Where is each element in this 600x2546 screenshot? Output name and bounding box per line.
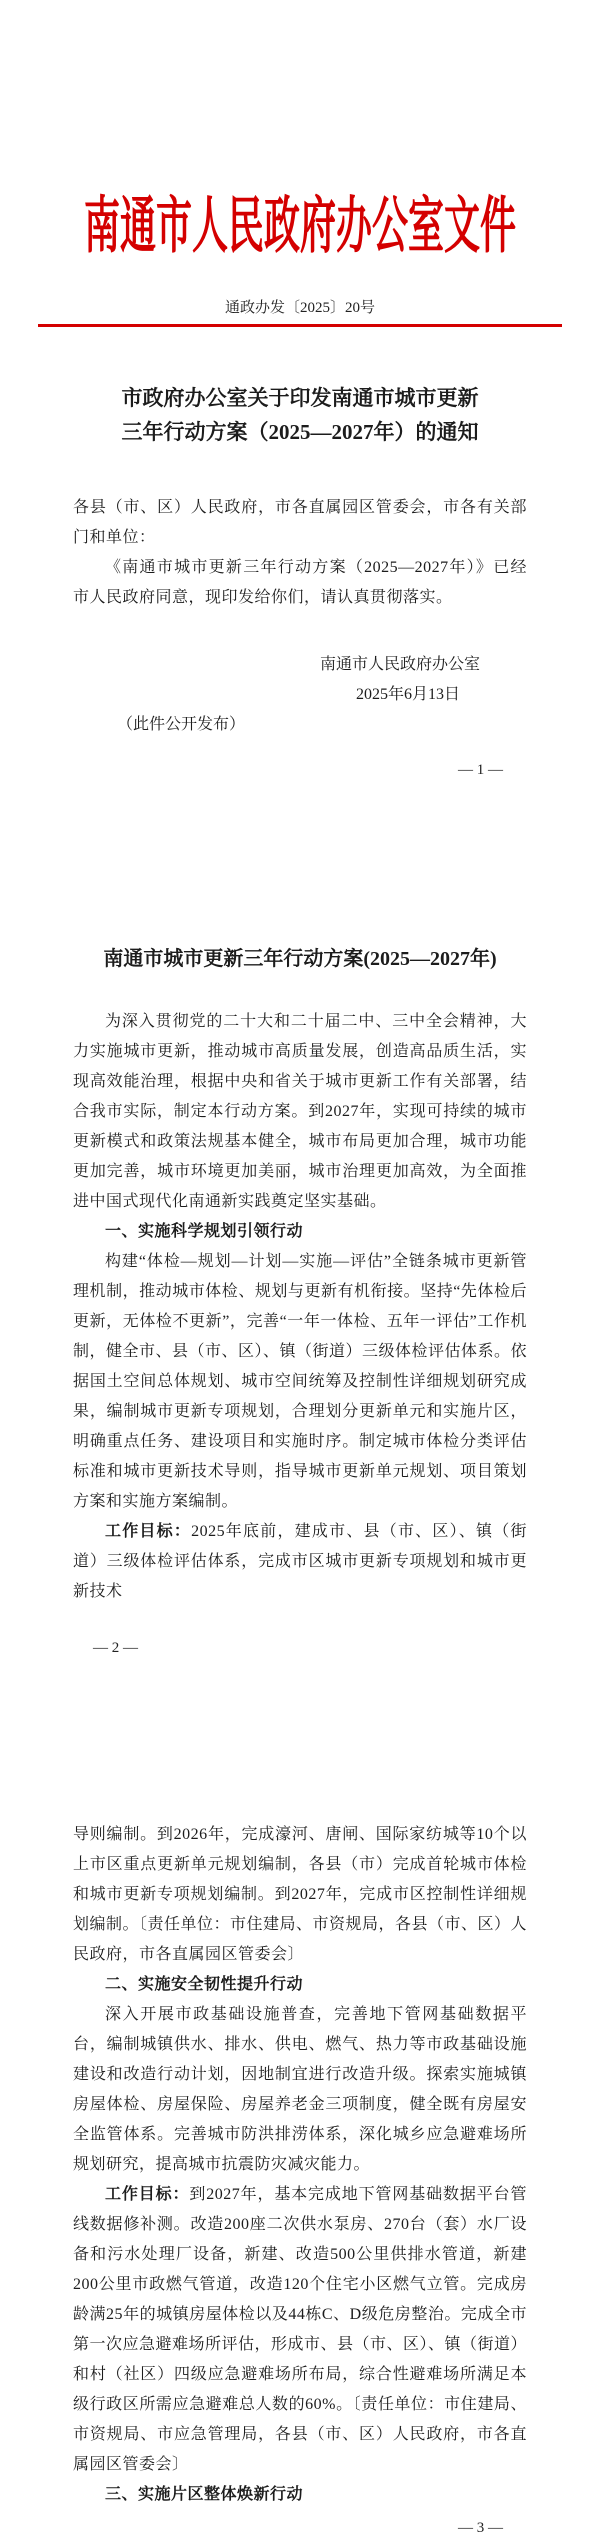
section-heading-1: 一、实施科学规划引领行动 (73, 1217, 527, 1247)
goal-text-2: 到2027年，基本完成地下管网基础数据平台管线数据修补测。改造200座二次供水泵… (73, 2186, 527, 2473)
plan-intro-paragraph: 为深入贯彻党的二十大和二十届二中、三中全会精神，大力实施城市更新，推动城市高质量… (73, 1007, 527, 1217)
notice-title: 市政府办公室关于印发南通市城市更新 三年行动方案（2025—2027年）的通知 (73, 381, 527, 449)
goal-label-2: 工作目标： (105, 2186, 189, 2203)
plan-body-page3: 导则编制。到2026年，完成濠河、唐闸、国际家纺城等10个以上市区重点更新单元规… (73, 1820, 527, 2510)
plan-body-page2: 为深入贯彻党的二十大和二十届二中、三中全会精神，大力实施城市更新，推动城市高质量… (73, 1007, 527, 1607)
notice-body: 各县（市、区）人民政府，市各直属园区管委会，市各有关部门和单位： 《南通市城市更… (73, 493, 527, 613)
section-2-paragraph: 深入开展市政基础设施普查，完善地下管网基础数据平台，编制城镇供水、排水、供电、燃… (73, 2000, 527, 2180)
goal-label-1: 工作目标： (105, 1523, 191, 1540)
section-heading-3: 三、实施片区整体焕新行动 (73, 2480, 527, 2510)
section-1-paragraph: 构建“体检—规划—计划—实施—评估”全链条城市更新管理机制，推动城市体检、规划与… (73, 1247, 527, 1517)
section-1-goal-continuation: 导则编制。到2026年，完成濠河、唐闸、国际家纺城等10个以上市区重点更新单元规… (73, 1820, 527, 1970)
issuer-name: 南通市人民政府办公室 (73, 650, 480, 680)
section-heading-2: 二、实施安全韧性提升行动 (73, 1970, 527, 2000)
notice-title-line1: 市政府办公室关于印发南通市城市更新 (73, 381, 527, 415)
masthead-title: 南通市人民政府办公室文件 (73, 192, 527, 260)
notice-title-line2: 三年行动方案（2025—2027年）的通知 (73, 415, 527, 449)
section-2-goal-paragraph: 工作目标：到2027年，基本完成地下管网基础数据平台管线数据修补测。改造200座… (73, 2180, 527, 2480)
page-marker-3: — 3 — (73, 2513, 503, 2543)
issue-date: 2025年6月13日 (73, 680, 460, 710)
doc-number: 通政办发〔2025〕20号 (73, 298, 527, 318)
page-marker-2: — 2 — (93, 1633, 527, 1663)
plan-title: 南通市城市更新三年行动方案(2025—2027年) (73, 943, 527, 975)
document-scroll: 南通市人民政府办公室文件 通政办发〔2025〕20号 市政府办公室关于印发南通市… (0, 192, 600, 2543)
red-divider (38, 324, 562, 327)
notice-body-paragraph: 《南通市城市更新三年行动方案（2025—2027年）》已经市人民政府同意，现印发… (73, 553, 527, 613)
section-1-goal-paragraph: 工作目标：2025年底前，建成市、县（市、区）、镇（街道）三级体检评估体系，完成… (73, 1517, 527, 1607)
salutation: 各县（市、区）人民政府，市各直属园区管委会，市各有关部门和单位： (73, 493, 527, 553)
page-marker-1: — 1 — (73, 755, 503, 785)
public-release-note: （此件公开发布） (73, 710, 527, 740)
